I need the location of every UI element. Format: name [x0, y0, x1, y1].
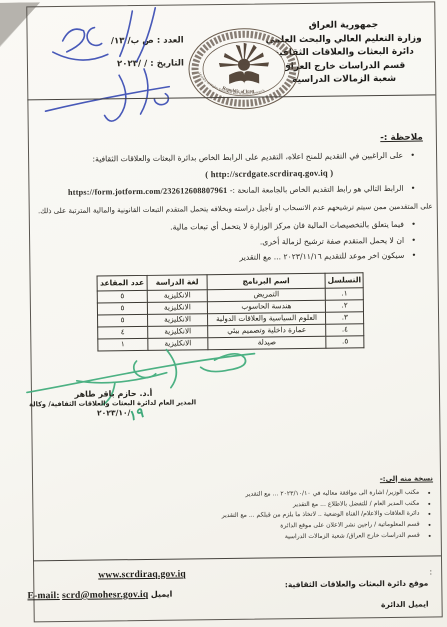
email-prefix: E-mail: — [27, 590, 59, 601]
jotform-url: https://form.jotform.com/232612608807961 — [68, 186, 228, 197]
copy-to-title: نسخة منه إلى:- — [380, 474, 433, 483]
header-seq: التسلسل — [325, 273, 364, 288]
cell-language: الانكليزية — [148, 338, 208, 351]
email-label: ايميل الدائرة — [381, 600, 429, 610]
cell-seq: ٣. — [325, 312, 364, 324]
header-program: اسم البرنامج — [207, 273, 325, 289]
note-portal-url: ( http://scrdgate.scrdiraq.gov.iq ) — [205, 168, 333, 180]
cell-program: صيدلة — [208, 336, 326, 349]
cell-seq: ٤. — [326, 324, 365, 336]
cell-language: الانكليزية — [148, 326, 208, 339]
document-number: العدد : ص ب/ ١٣/ — [54, 35, 184, 47]
header-seats: عدد المقاعد — [97, 275, 147, 291]
scanned-page: جمهورية العراق وزارة التعليم العالي والب… — [0, 0, 447, 627]
cell-seats: ٥ — [97, 290, 147, 303]
cell-seats: ١ — [98, 338, 148, 351]
cell-seats: ٥ — [97, 302, 147, 315]
email-line: E-mail: scrd@mohesr.gov.iq ايميل — [27, 589, 172, 602]
cell-seq: ٥. — [326, 336, 365, 348]
cell-seats: ٥ — [98, 314, 148, 327]
signature-block: أ.د. حازم باقر طاهر المدير العام لدائرة … — [31, 388, 196, 418]
cell-language: الانكليزية — [147, 302, 207, 315]
header-language: لغة الدراسة — [147, 275, 207, 291]
cell-language: الانكليزية — [148, 314, 208, 327]
email-address: scrd@mohesr.gov.iq — [62, 589, 148, 601]
ministry-seal-icon: Republic of Iraq Ministry of Higher Educ… — [187, 26, 302, 115]
email-arabic-suffix: ايميل — [151, 590, 173, 599]
programs-table: التسلسل اسم البرنامج لغة الدراسة عدد الم… — [97, 272, 365, 351]
copy-to-list: مكتب الوزير/ اشارة الى موافقة معاليه في … — [221, 487, 433, 543]
footer-colon-mark: : — [429, 567, 432, 576]
document-date: التاريخ : / /٢٠٢٣ — [54, 58, 184, 70]
table-row: ٥. صيدلة الانكليزية ١ — [98, 336, 365, 351]
note-title: ملاحظة :- — [380, 133, 423, 144]
website-label: موقع دائرة البعثات والعلاقات الثقافية: — [285, 579, 429, 590]
note-bullet-no-other-fellowship: ان لا يحمل المتقدم صفة ترشيح لزمالة أخرى… — [260, 236, 416, 247]
cell-seats: ٤ — [98, 326, 148, 339]
cell-language: الانكليزية — [147, 290, 207, 303]
cell-seq: ٢. — [325, 300, 364, 312]
website-url: www.scrdiraq.gov.iq — [98, 568, 186, 580]
cell-seq: ١. — [325, 288, 364, 300]
